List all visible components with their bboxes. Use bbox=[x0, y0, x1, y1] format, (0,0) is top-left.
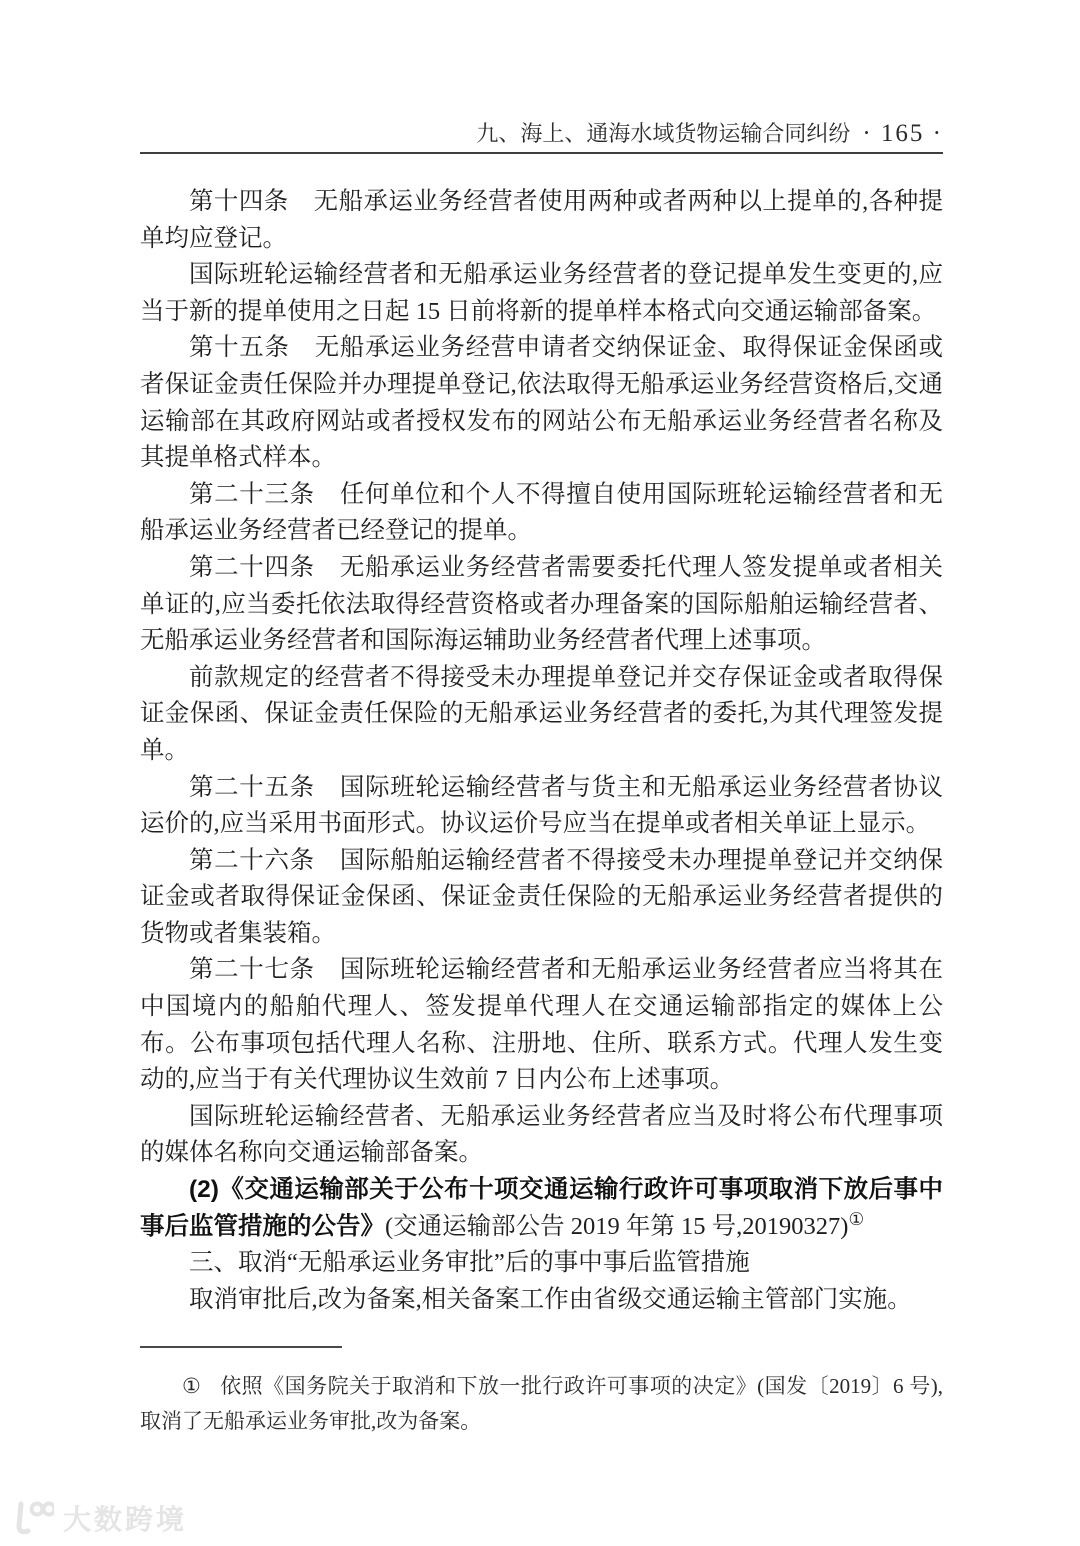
header-rule bbox=[140, 152, 943, 154]
footnote-reference-mark: ① bbox=[848, 1208, 864, 1228]
footnote-text: 依照《国务院关于取消和下放一批行政许可事项的决定》(国发〔2019〕6 号),取… bbox=[140, 1374, 943, 1433]
watermark-brand-text: 大数跨境 bbox=[63, 1498, 187, 1538]
footnote-divider bbox=[140, 1346, 342, 1348]
footnote-marker: ① bbox=[182, 1374, 201, 1398]
paragraph-article-24-cont: 前款规定的经营者不得接受未办理提单登记并交存保证金或者取得保证金保函、保证金责任… bbox=[140, 660, 943, 770]
dashu-100-logo-icon bbox=[8, 1498, 54, 1538]
running-head-title: 九、海上、通海水域货物运输合同纠纷 bbox=[476, 121, 850, 146]
footnote-block: ①依照《国务院关于取消和下放一批行政许可事项的决定》(国发〔2019〕6 号),… bbox=[140, 1346, 943, 1460]
paragraph-article-15: 第十五条 无船承运业务经营申请者交纳保证金、取得保证金保函或者保证金责任保险并办… bbox=[140, 330, 943, 476]
body-text-column: 第十四条 无船承运业务经营者使用两种或者两种以上提单的,各种提单均应登记。 国际… bbox=[140, 184, 943, 1318]
section-heading: 三、取消“无船承运业务审批”后的事中事后监管措施 bbox=[140, 1245, 943, 1282]
paragraph-article-26: 第二十六条 国际船舶运输经营者不得接受未办理提单登记并交纳保证金或者取得保证金保… bbox=[140, 843, 943, 953]
paragraph-article-27-cont: 国际班轮运输经营者、无船承运业务经营者应当及时将公布代理事项的媒体名称向交通运输… bbox=[140, 1099, 943, 1172]
closing-paragraph: 取消审批后,改为备案,相关备案工作由省级交通运输主管部门实施。 bbox=[140, 1282, 943, 1319]
paragraph-article-27: 第二十七条 国际班轮运输经营者和无船承运业务经营者应当将其在中国境内的船舶代理人… bbox=[140, 952, 943, 1098]
page-header: 九、海上、通海水域货物运输合同纠纷· 165 · bbox=[140, 117, 943, 148]
paragraph-article-23: 第二十三条 任何单位和个人不得擅自使用国际班轮运输经营者和无船承运业务经营者已经… bbox=[140, 477, 943, 550]
announcement-heading: (2)《交通运输部关于公布十项交通运输行政许可事项取消下放后事中事后监管措施的公… bbox=[140, 1172, 943, 1245]
footnote-paragraph: ①依照《国务院关于取消和下放一批行政许可事项的决定》(国发〔2019〕6 号),… bbox=[140, 1369, 943, 1439]
watermark: 大数跨境 bbox=[8, 1498, 187, 1538]
page-number: · 165 · bbox=[862, 120, 943, 147]
paragraph-article-14: 第十四条 无船承运业务经营者使用两种或者两种以上提单的,各种提单均应登记。 bbox=[140, 184, 943, 257]
paragraph-article-25: 第二十五条 国际班轮运输经营者与货主和无船承运业务经营者协议运价的,应当采用书面… bbox=[140, 770, 943, 843]
paragraph-article-14-cont: 国际班轮运输经营者和无船承运业务经营者的登记提单发生变更的,应当于新的提单使用之… bbox=[140, 257, 943, 330]
paragraph-article-24: 第二十四条 无船承运业务经营者需要委托代理人签发提单或者相关单证的,应当委托依法… bbox=[140, 550, 943, 660]
announcement-citation: (交通运输部公告 2019 年第 15 号,20190327) bbox=[385, 1213, 848, 1240]
